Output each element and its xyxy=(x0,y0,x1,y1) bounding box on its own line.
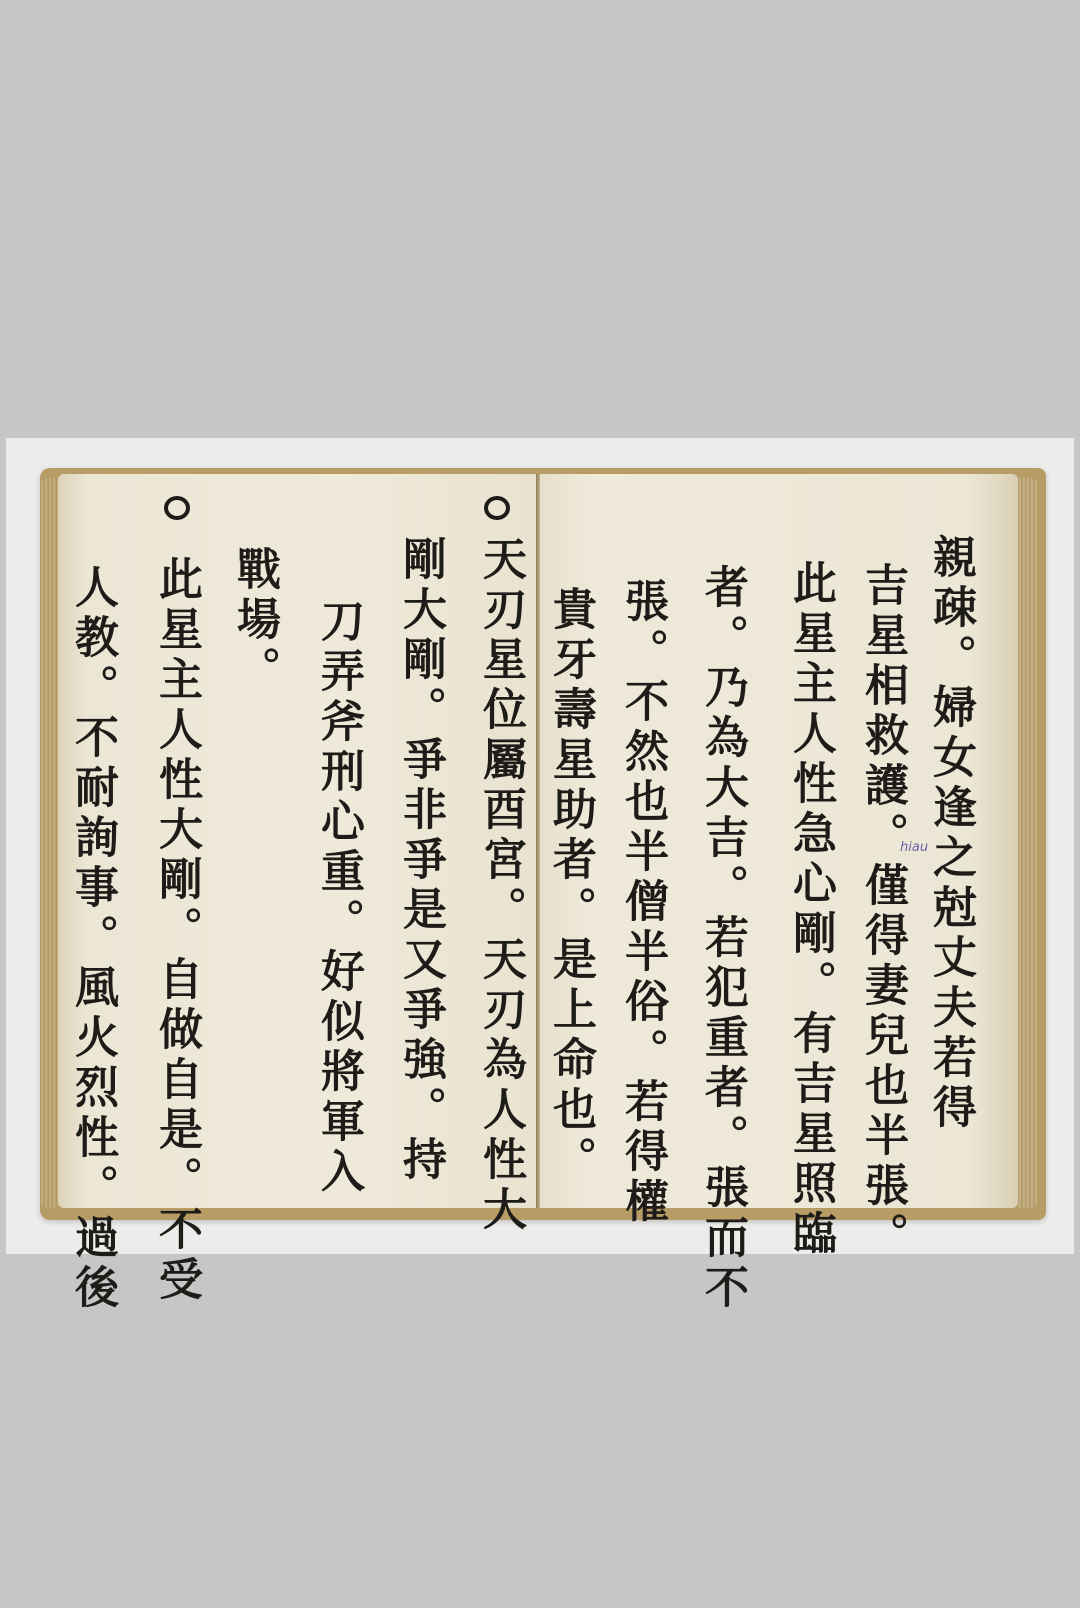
open-book: 天刃星位屬酉宮。天刃為人性大 剛大剛。爭非爭是又爭強。持 刀弄斧刑心重。好似將軍… xyxy=(40,468,1046,1220)
right-col-4: 者。乃為大吉。若犯重者。張而不 xyxy=(700,564,744,1314)
right-col-1: 親疎。婦女逢之尅丈夫若得 xyxy=(928,534,972,1134)
right-col-5: 張。不然也半僧半俗。若得權 xyxy=(620,578,664,1228)
right-col-6: 貴牙壽星助者。是上命也。 xyxy=(548,586,592,1186)
left-col-2: 剛大剛。爭非爭是又爭強。持 xyxy=(398,536,442,1186)
section-marker-circle-icon xyxy=(164,496,190,520)
left-col-6: 人教。不耐詢事。風火烈性。過後 xyxy=(70,564,114,1314)
margin-annotation: hiau xyxy=(900,840,928,855)
left-col-4: 戰場。 xyxy=(232,546,276,696)
section-marker-circle-icon xyxy=(484,496,510,520)
book-edge-right xyxy=(1018,478,1038,1208)
left-page: 天刃星位屬酉宮。天刃為人性大 剛大剛。爭非爭是又爭強。持 刀弄斧刑心重。好似將軍… xyxy=(58,474,536,1208)
left-col-3: 刀弄斧刑心重。好似將軍入 xyxy=(316,598,360,1198)
right-col-2: 吉星相救護。僅得妻兒也半張。 xyxy=(860,562,904,1262)
book-edge-left xyxy=(40,478,58,1208)
right-col-3: 此星主人性急心剛。有吉星照臨 xyxy=(788,560,832,1260)
left-col-5: 此星主人性大剛。自做自是。不受 xyxy=(154,556,198,1306)
right-page: 親疎。婦女逢之尅丈夫若得 吉星相救護。僅得妻兒也半張。 此星主人性急心剛。有吉星… xyxy=(540,474,1018,1208)
left-col-1: 天刃星位屬酉宮。天刃為人性大 xyxy=(478,536,522,1236)
